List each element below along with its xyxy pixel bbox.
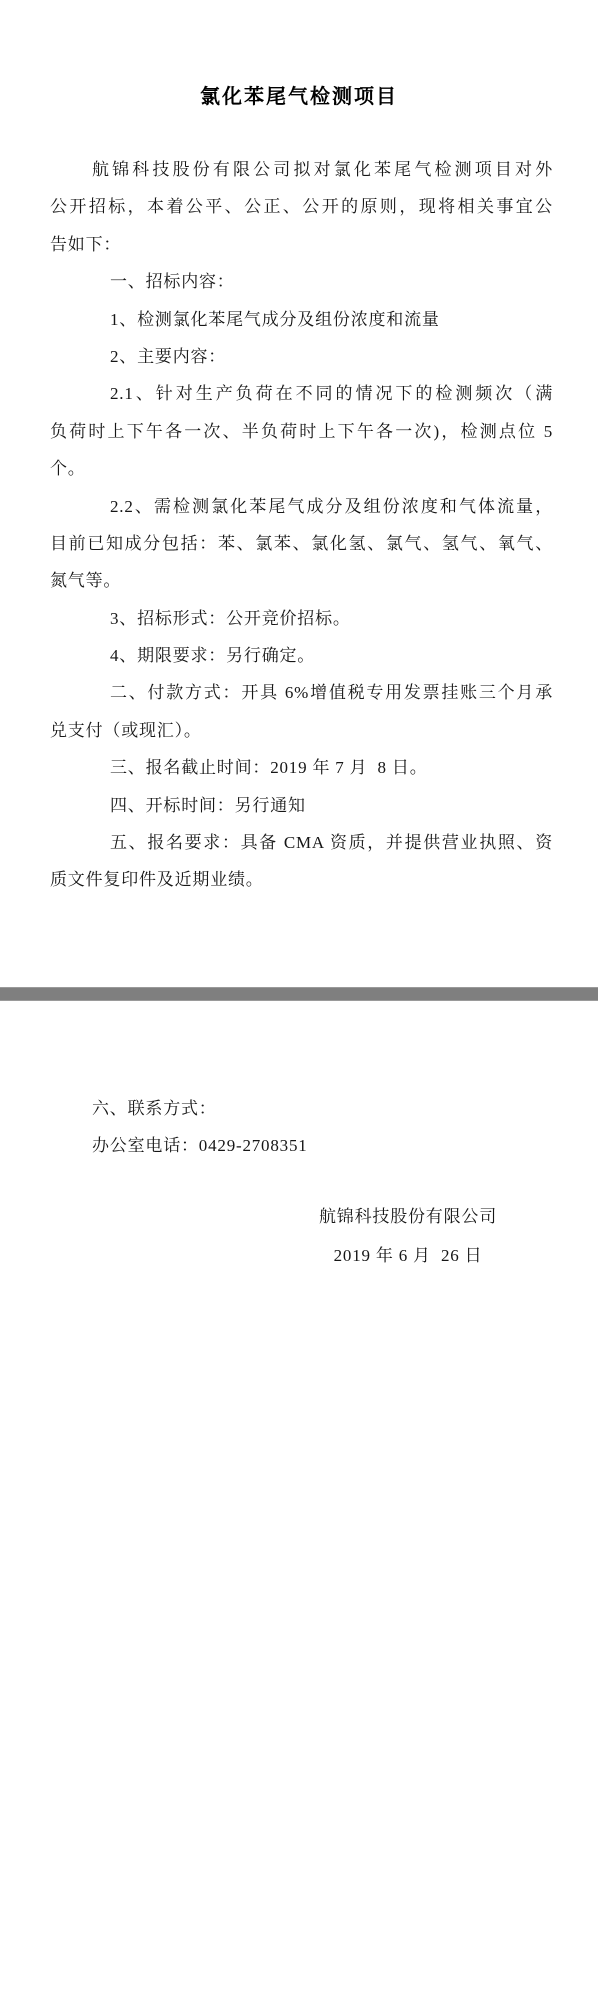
body-line: 个。 xyxy=(50,450,553,487)
body-line: 目前已知成分包括：苯、氯苯、氯化氢、氯气、氢气、氧气、 xyxy=(50,525,553,562)
body-line: 3、招标形式：公开竞价招标。 xyxy=(50,600,553,637)
page-break-separator xyxy=(0,987,598,1001)
body-line: 航锦科技股份有限公司拟对氯化苯尾气检测项目对外 xyxy=(50,151,553,188)
page-2-body: 六、联系方式： 办公室电话：0429-2708351 xyxy=(50,1090,553,1165)
body-line: 负荷时上下午各一次、半负荷时上下午各一次)，检测点位 5 xyxy=(50,413,553,450)
body-line-section-2: 二、付款方式：开具 6%增值税专用发票挂账三个月承 xyxy=(50,674,553,711)
body-line: 2、主要内容： xyxy=(50,338,553,375)
body-line-section-6: 六、联系方式： xyxy=(50,1090,553,1127)
signature-block: 航锦科技股份有限公司 2019 年 6 月 26 日 xyxy=(319,1198,497,1275)
page-1-body: 航锦科技股份有限公司拟对氯化苯尾气检测项目对外 公开招标，本着公平、公正、公开的… xyxy=(50,151,553,899)
body-line: 告如下： xyxy=(50,226,553,263)
signature-date: 2019 年 6 月 26 日 xyxy=(319,1237,497,1276)
body-line: 质文件复印件及近期业绩。 xyxy=(50,861,553,898)
body-line: 4、期限要求：另行确定。 xyxy=(50,637,553,674)
document-title: 氯化苯尾气检测项目 xyxy=(0,80,598,109)
body-line: 氮气等。 xyxy=(50,562,553,599)
body-line: 2.2、需检测氯化苯尾气成分及组份浓度和气体流量， xyxy=(50,488,553,525)
body-line-section-5: 五、报名要求：具备 CMA 资质，并提供营业执照、资 xyxy=(50,824,553,861)
body-line-section-3: 三、报名截止时间：2019 年 7 月 8 日。 xyxy=(50,749,553,786)
body-line-section-4: 四、开标时间：另行通知 xyxy=(50,787,553,824)
body-line-section-1: 一、招标内容： xyxy=(50,263,553,300)
body-line: 兑支付（或现汇）。 xyxy=(50,712,553,749)
body-line: 2.1、针对生产负荷在不同的情况下的检测频次（满 xyxy=(50,375,553,412)
signature-company: 航锦科技股份有限公司 xyxy=(319,1198,497,1237)
office-phone-line: 办公室电话：0429-2708351 xyxy=(50,1127,553,1164)
document-page-view: 氯化苯尾气检测项目 航锦科技股份有限公司拟对氯化苯尾气检测项目对外 公开招标，本… xyxy=(0,0,598,2000)
body-line: 1、检测氯化苯尾气成分及组份浓度和流量 xyxy=(50,301,553,338)
body-line: 公开招标，本着公平、公正、公开的原则，现将相关事宜公 xyxy=(50,188,553,225)
